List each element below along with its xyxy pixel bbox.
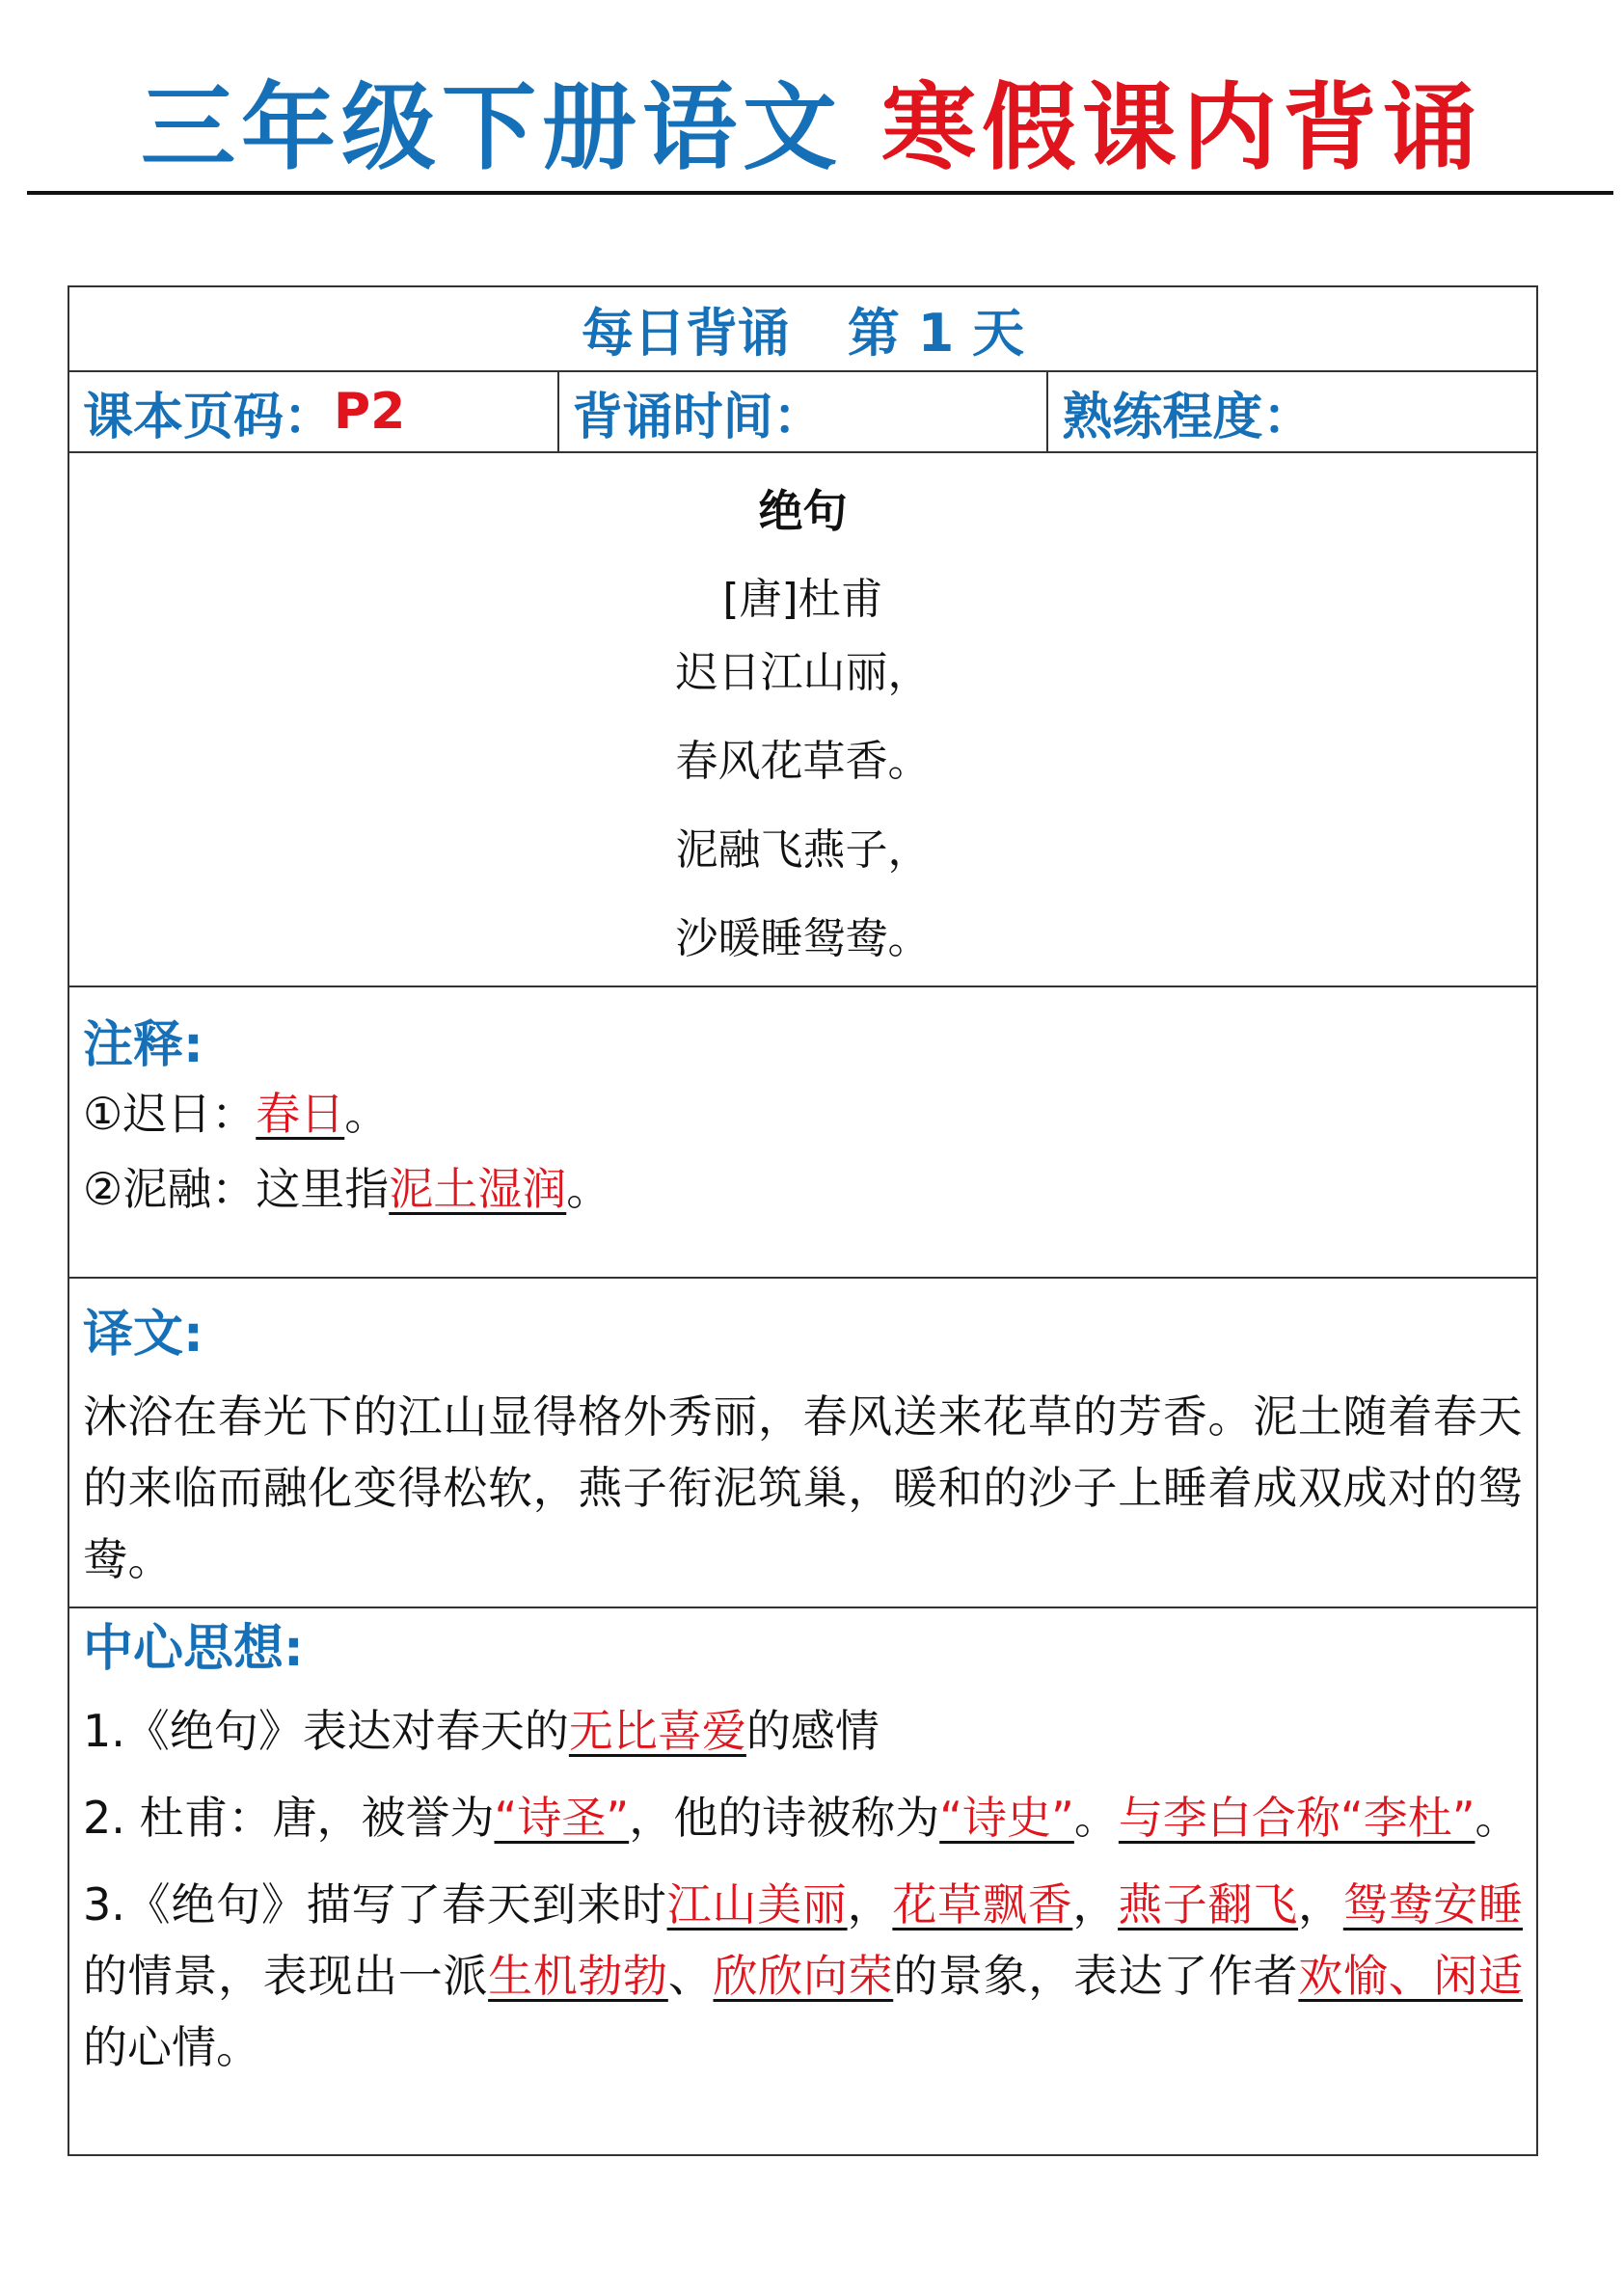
recitation-sheet: 每日背诵 第 1 天 课本页码：P2 背诵时间： 熟练程度： 绝句 [唐]杜甫 … — [68, 285, 1538, 2156]
idea-answer: 欣欣向荣 — [714, 1950, 894, 2002]
idea-answer: 鸳鸯安睡 — [1343, 1878, 1523, 1930]
day-number: 第 1 天 — [848, 292, 1024, 366]
idea-answer: “诗史” — [939, 1792, 1074, 1844]
idea-text: 的景象，表达了作者 — [893, 1950, 1298, 2002]
notes-heading: 注释: — [69, 1014, 1536, 1076]
idea-text: 2. 杜甫：唐，被誉为 — [83, 1792, 495, 1844]
poem-line: 泥融飞燕子， — [69, 806, 1536, 895]
idea-answer: 生机勃勃 — [488, 1950, 668, 2002]
poem-line: 春风花草香。 — [69, 717, 1536, 806]
page-value: P2 — [334, 383, 405, 441]
note-suffix: 。 — [566, 1163, 610, 1215]
idea-text: 、 — [668, 1950, 714, 2002]
title-winter-recitation: 寒假课内背诵 — [881, 73, 1483, 183]
proficiency-label: 熟练程度： — [1062, 376, 1313, 448]
idea-text: 。 — [1074, 1792, 1119, 1844]
title-grade-subject: 三年级下册语文 — [141, 73, 843, 183]
idea-answer: 燕子翻飞 — [1118, 1878, 1298, 1930]
poem-line: 沙暖睡鸳鸯。 — [69, 895, 1536, 984]
idea-text: 1.《绝句》表达对春天的 — [83, 1705, 569, 1757]
idea-text: 的感情 — [746, 1705, 880, 1757]
note-term: ①迟日： — [83, 1088, 256, 1140]
idea-item-2: 2. 杜甫：唐，被誉为“诗圣”，他的诗被称为“诗史”。与李白合称“李杜”。 — [69, 1782, 1536, 1853]
page-title: 三年级下册语文寒假课内背诵 — [0, 75, 1624, 181]
note-item: ②泥融：这里指泥土湿润。 — [69, 1151, 1536, 1227]
note-answer: 泥土湿润 — [389, 1163, 566, 1215]
poem-section: 绝句 [唐]杜甫 迟日江山丽， 春风花草香。 泥融飞燕子， 沙暖睡鸳鸯。 — [69, 453, 1536, 987]
time-cell: 背诵时间： — [559, 372, 1049, 451]
translation-text: 沐浴在春光下的江山显得格外秀丽，春风送来花草的芳香。泥土随着春天的来临而融化变得… — [69, 1365, 1536, 1595]
title-divider — [27, 191, 1613, 195]
central-ideas-section: 中心思想: 1.《绝句》表达对春天的无比喜爱的感情 2. 杜甫：唐，被誉为“诗圣… — [69, 1608, 1536, 2154]
idea-text: ，他的诗被称为 — [629, 1792, 939, 1844]
note-answer: 春日 — [256, 1088, 344, 1140]
idea-answer: 无比喜爱 — [569, 1705, 746, 1757]
idea-item-1: 1.《绝句》表达对春天的无比喜爱的感情 — [69, 1695, 1536, 1767]
page-cell: 课本页码：P2 — [69, 372, 559, 451]
day-label: 每日背诵 — [582, 292, 790, 366]
poem-title: 绝句 — [69, 453, 1536, 540]
idea-answer: “诗圣” — [495, 1792, 630, 1844]
idea-text: ， — [1072, 1878, 1118, 1930]
translation-heading: 译文: — [69, 1304, 1536, 1365]
idea-answer: 江山美丽 — [667, 1878, 848, 1930]
time-label: 背诵时间： — [573, 376, 824, 448]
idea-text: 3.《绝句》描写了春天到来时 — [83, 1878, 667, 1930]
note-term: ②泥融：这里指 — [83, 1163, 389, 1215]
idea-text: ， — [848, 1878, 893, 1930]
note-item: ①迟日：春日。 — [69, 1076, 1536, 1151]
idea-text: 。 — [1475, 1792, 1520, 1844]
poem-lines: 迟日江山丽， 春风花草香。 泥融飞燕子， 沙暖睡鸳鸯。 — [69, 629, 1536, 984]
translation-section: 译文: 沐浴在春光下的江山显得格外秀丽，春风送来花草的芳香。泥土随着春天的来临而… — [69, 1279, 1536, 1608]
proficiency-cell: 熟练程度： — [1048, 372, 1536, 451]
poem-author: [唐]杜甫 — [69, 571, 1536, 629]
page-label: 课本页码： — [83, 376, 334, 448]
note-suffix: 。 — [344, 1088, 389, 1140]
central-ideas-heading: 中心思想: — [69, 1618, 1536, 1680]
idea-text: 的情景，表现出一派 — [83, 1950, 488, 2002]
idea-item-3: 3.《绝句》描写了春天到来时江山美丽，花草飘香，燕子翻飞，鸳鸯安睡的情景，表现出… — [69, 1869, 1536, 2083]
idea-answer: 欢愉、闲适 — [1298, 1950, 1523, 2002]
idea-answer: 花草飘香 — [892, 1878, 1072, 1930]
idea-answer: 与李白合称“李杜” — [1119, 1792, 1475, 1844]
day-header: 每日背诵 第 1 天 — [69, 287, 1536, 372]
idea-text: ， — [1298, 1878, 1343, 1930]
poem-line: 迟日江山丽， — [69, 629, 1536, 717]
info-row: 课本页码：P2 背诵时间： 熟练程度： — [69, 372, 1536, 453]
idea-text: 的心情。 — [83, 2021, 260, 2073]
notes-section: 注释: ①迟日：春日。 ②泥融：这里指泥土湿润。 — [69, 987, 1536, 1279]
